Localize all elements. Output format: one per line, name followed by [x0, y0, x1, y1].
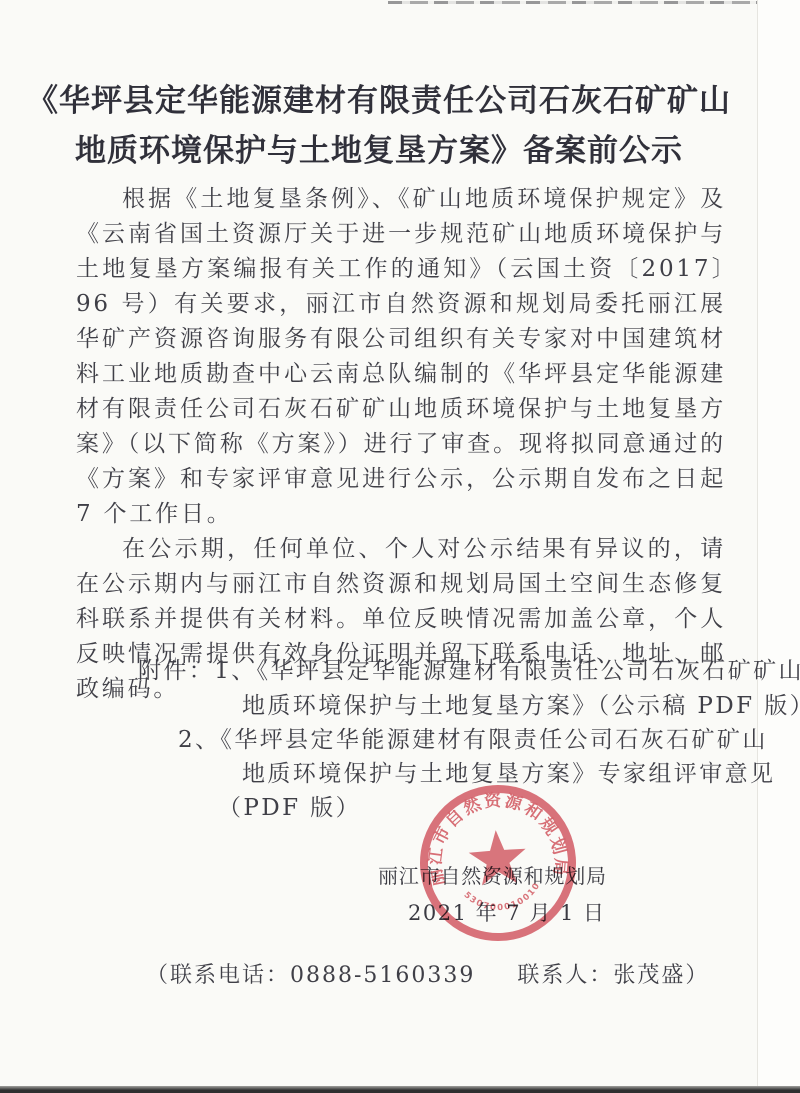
page-edge-right: [757, 0, 800, 1093]
title-line-1: 《华坪县定华能源建材有限责任公司石灰石矿矿山: [0, 76, 758, 126]
document-body: 根据《土地复垦条例》、《矿山地质环境保护规定》及《云南省国土资源厅关于进一步规范…: [76, 182, 726, 707]
attachment-line-1: 附件：1、《华坪县定华能源建材有限责任公司石灰石矿矿山: [138, 652, 800, 685]
contact-person: 联系人：张茂盛）: [517, 963, 709, 988]
scan-artifact-top-line: [388, 1, 774, 4]
paragraph-1: 根据《土地复垦条例》、《矿山地质环境保护规定》及《云南省国土资源厅关于进一步规范…: [76, 182, 726, 532]
signature-organization: 丽江市自然资源和规划局: [378, 860, 607, 889]
attachment-line-4: 地质环境保护与土地复垦方案》专家组评审意见: [242, 755, 775, 788]
attachment-line-3: 2、《华坪县定华能源建材有限责任公司石灰石矿矿山: [178, 721, 768, 754]
signature-date: 2021 年 7 月 1 日: [408, 897, 606, 927]
contact-phone: （联系电话：0888-5160339: [146, 963, 475, 988]
contact-line: （联系电话：0888-5160339联系人：张茂盛）: [146, 958, 709, 989]
attachment-line-2: 地质环境保护与土地复垦方案》（公示稿 PDF 版）: [242, 687, 800, 720]
title-line-2: 地质环境保护与土地复垦方案》备案前公示: [0, 126, 758, 176]
document-page: 《华坪县定华能源建材有限责任公司石灰石矿矿山 地质环境保护与土地复垦方案》备案前…: [0, 0, 800, 1093]
document-title: 《华坪县定华能源建材有限责任公司石灰石矿矿山 地质环境保护与土地复垦方案》备案前…: [0, 76, 758, 176]
attachment-line-5: （PDF 版）: [218, 789, 361, 822]
scan-edge-bottom: [0, 1086, 800, 1093]
